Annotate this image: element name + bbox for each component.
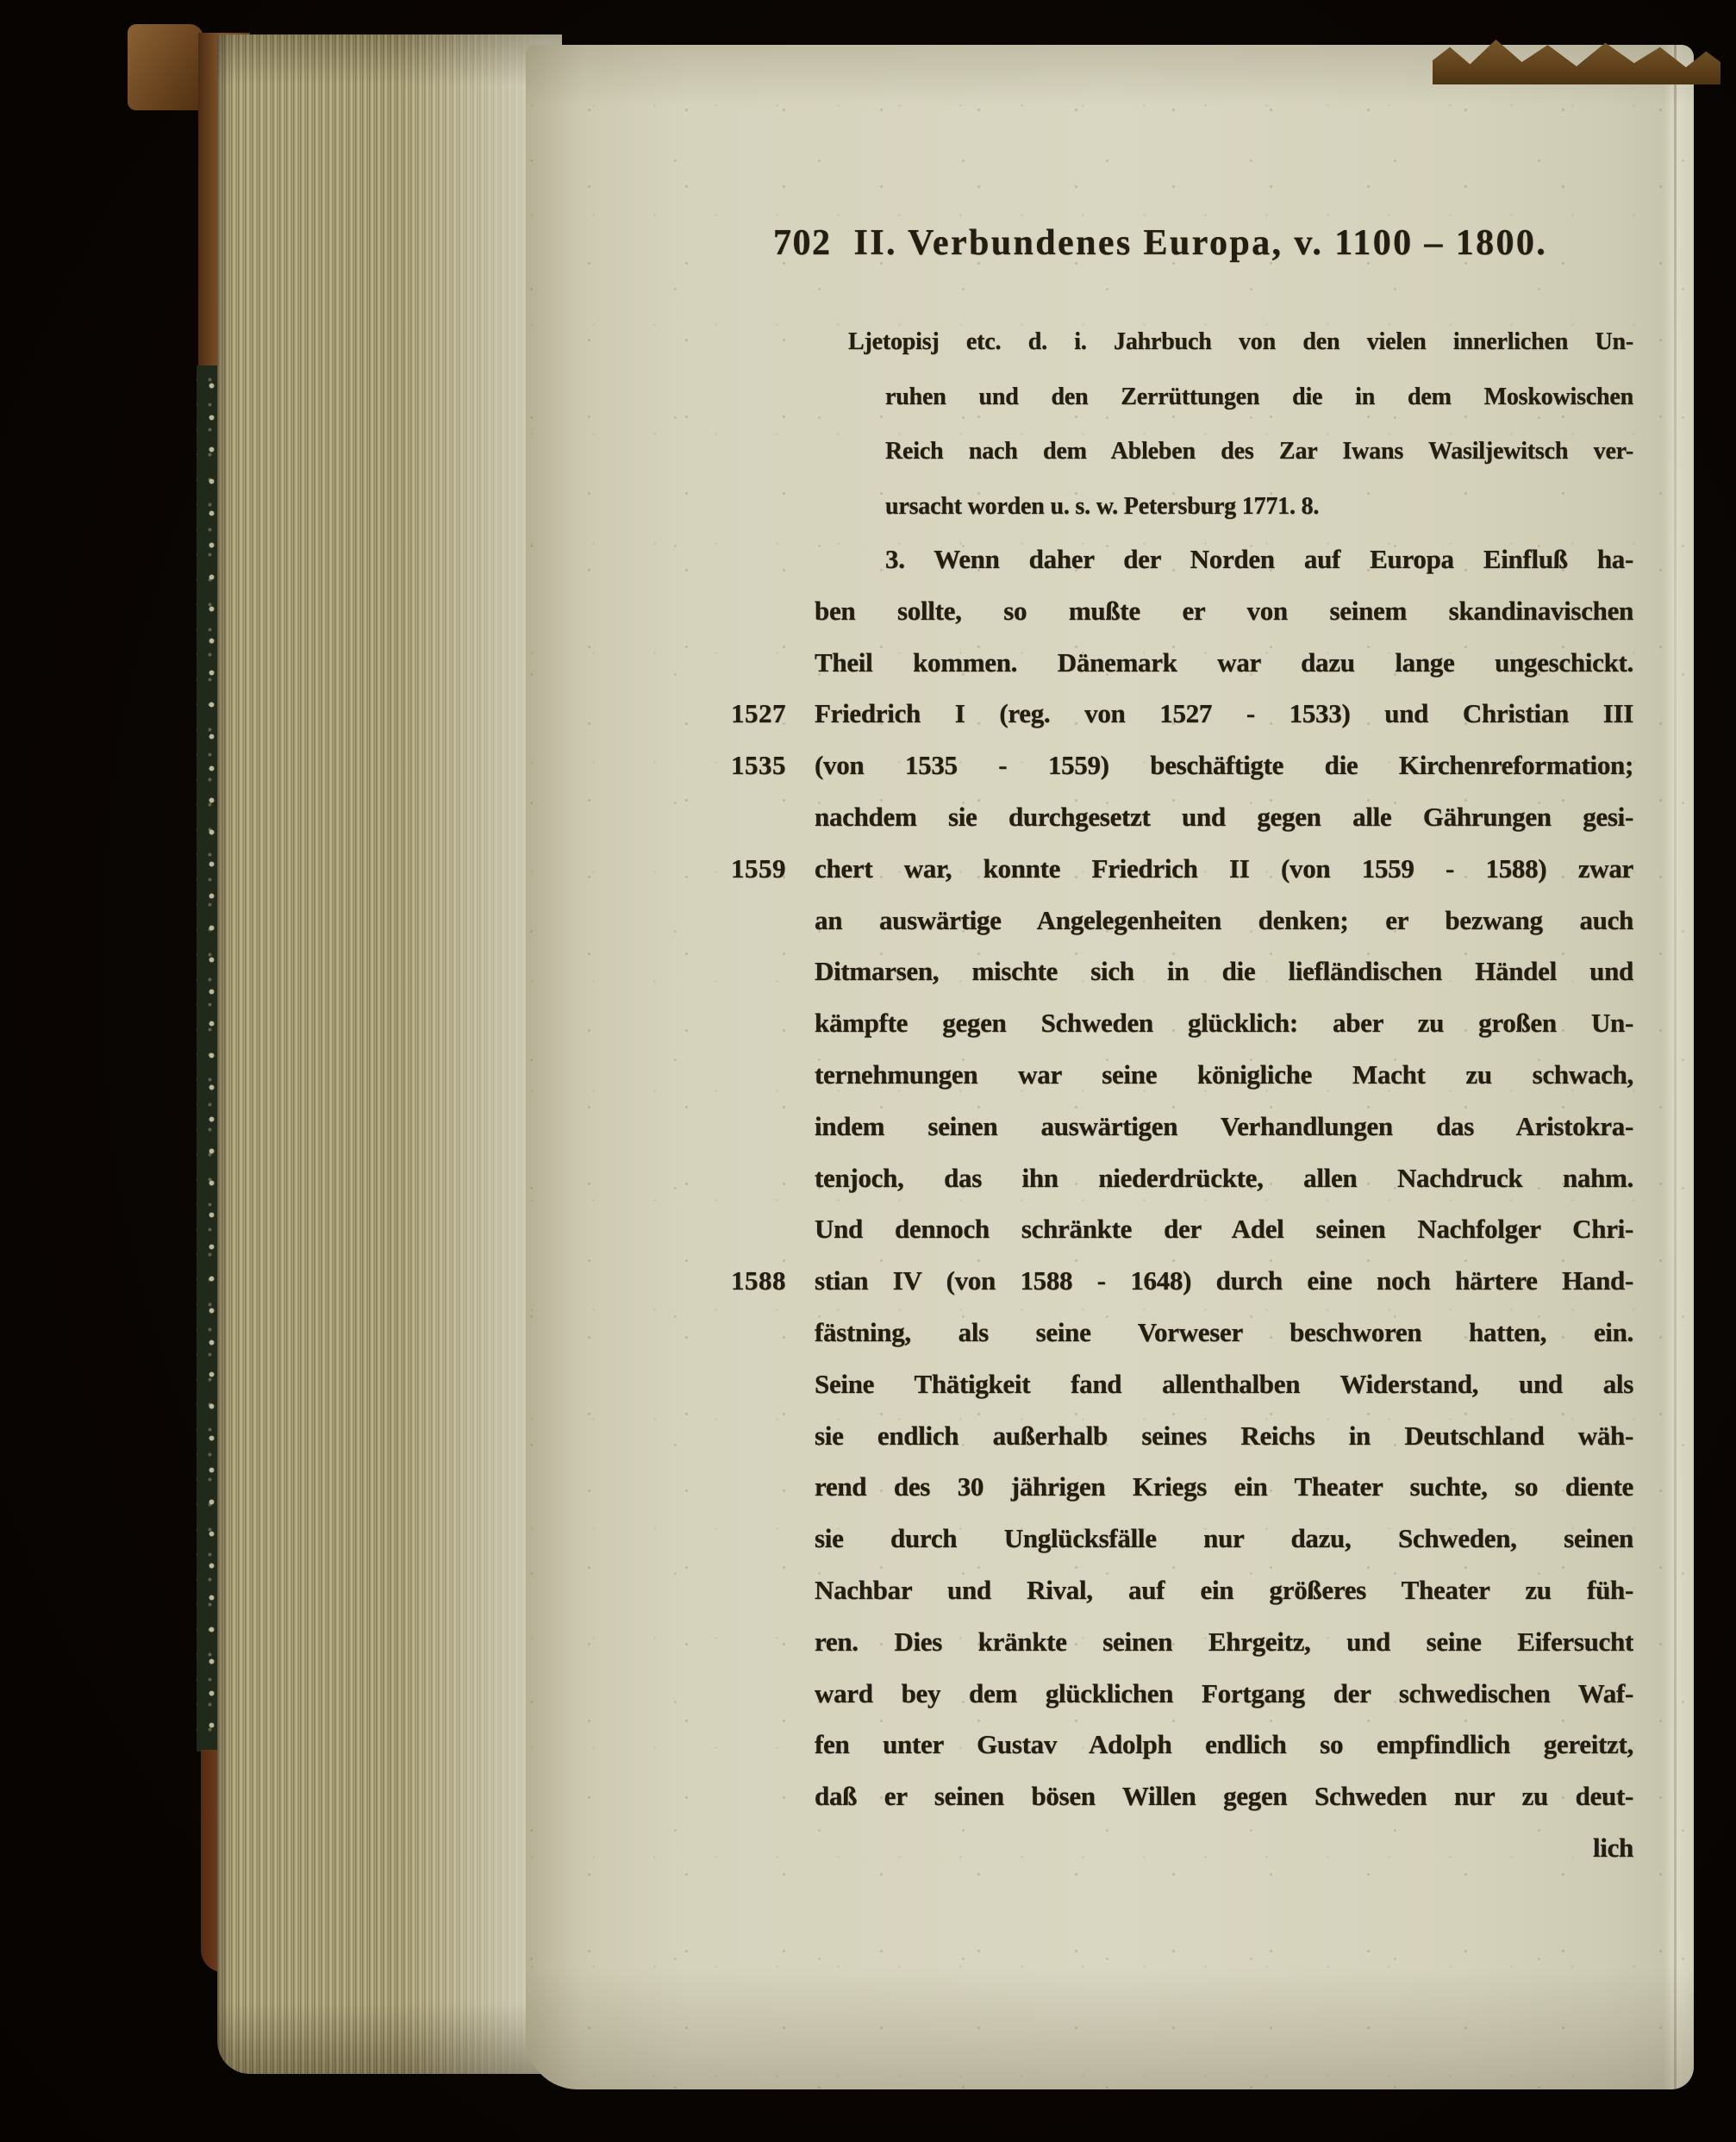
- text-line: nachdem sie durchgesetzt und gegen alle …: [815, 799, 1633, 851]
- catchword-line: lich: [815, 1830, 1633, 1882]
- text-line: kämpfte gegen Schweden glücklich: aber z…: [815, 1005, 1633, 1057]
- text-line: ben sollte, so mußte er von seinem skand…: [815, 593, 1633, 645]
- text-line-content: ren. Dies kränkte seinen Ehrgeitz, und s…: [815, 1624, 1633, 1660]
- text-line-content: Und dennoch schränkte der Adel seinen Na…: [815, 1211, 1633, 1247]
- text-line: daß er seinen bösen Willen gegen Schwede…: [815, 1778, 1633, 1830]
- text-line: 1535(von 1535 - 1559) beschäftigte die K…: [815, 747, 1633, 799]
- text-line: sie endlich außerhalb seines Reichs in D…: [815, 1418, 1633, 1470]
- text-line-content: Friedrich I (reg. von 1527 - 1533) und C…: [815, 696, 1633, 732]
- text-line-content: Ditmarsen, mischte sich in die liefländi…: [815, 953, 1633, 990]
- text-line-content: daß er seinen bösen Willen gegen Schwede…: [815, 1778, 1633, 1814]
- text-line: 1559chert war, konnte Friedrich II (von …: [815, 851, 1633, 902]
- text-line-content: nachdem sie durchgesetzt und gegen alle …: [815, 799, 1633, 835]
- text-line: 1588stian IV (von 1588 - 1648) durch ein…: [815, 1263, 1633, 1315]
- text-line-content: stian IV (von 1588 - 1648) durch eine no…: [815, 1263, 1633, 1299]
- text-line-content: chert war, konnte Friedrich II (von 1559…: [815, 851, 1633, 887]
- text-line: indem seinen auswärtigen Verhandlungen d…: [815, 1108, 1633, 1160]
- text-line-content: tenjoch, das ihn niederdrückte, allen Na…: [815, 1160, 1633, 1196]
- text-line-content: ward bey dem glücklichen Fortgang der sc…: [815, 1676, 1633, 1712]
- text-line: ren. Dies kränkte seinen Ehrgeitz, und s…: [815, 1624, 1633, 1676]
- text-line: fästning, als seine Vorweser beschworen …: [815, 1315, 1633, 1366]
- text-line-content: 3. Wenn daher der Norden auf Europa Einf…: [885, 541, 1633, 578]
- margin-year: 1588: [731, 1263, 812, 1299]
- note-line: Reich nach dem Ableben des Zar Iwans Was…: [885, 435, 1633, 490]
- photograph-background: 702 II. Verbundenes Europa, v. 1100 – 18…: [0, 0, 1736, 2142]
- margin-year: 1527: [731, 696, 812, 732]
- running-header: 702 II. Verbundenes Europa, v. 1100 – 18…: [773, 222, 1547, 264]
- text-line-content: sie endlich außerhalb seines Reichs in D…: [815, 1418, 1633, 1454]
- text-line-content: ben sollte, so mußte er von seinem skand…: [815, 593, 1633, 629]
- text-line-content: ternehmungen war seine königliche Macht …: [815, 1057, 1633, 1093]
- text-line-content: an auswärtige Angelegenheiten denken; er…: [815, 902, 1633, 939]
- text-line: rend des 30 jährigen Kriegs ein Theater …: [815, 1469, 1633, 1521]
- spine-top-leather: [128, 24, 203, 110]
- margin-year: 1559: [731, 851, 812, 887]
- page-number: 702: [773, 222, 832, 264]
- text-line: ternehmungen war seine königliche Macht …: [815, 1057, 1633, 1108]
- page-crease: [1674, 45, 1677, 2089]
- text-line: 3. Wenn daher der Norden auf Europa Einf…: [815, 541, 1633, 593]
- text-line-content: fen unter Gustav Adolph endlich so empfi…: [815, 1727, 1633, 1763]
- text-line-content: rend des 30 jährigen Kriegs ein Theater …: [815, 1469, 1633, 1505]
- text-line-content: fästning, als seine Vorweser beschworen …: [815, 1315, 1633, 1351]
- text-line-content: (von 1535 - 1559) beschäftigte die Kirch…: [815, 747, 1633, 784]
- text-line: fen unter Gustav Adolph endlich so empfi…: [815, 1727, 1633, 1778]
- text-line-content: sie durch Unglücksfälle nur dazu, Schwed…: [815, 1521, 1633, 1557]
- text-line-content: Theil kommen. Dänemark war dazu lange un…: [815, 645, 1633, 681]
- text-line: Theil kommen. Dänemark war dazu lange un…: [815, 645, 1633, 696]
- note-line: Ljetopisj etc. d. i. Jahrbuch von den vi…: [848, 326, 1633, 381]
- bibliographic-note: Ljetopisj etc. d. i. Jahrbuch von den vi…: [885, 326, 1633, 545]
- text-line: sie durch Unglücksfälle nur dazu, Schwed…: [815, 1521, 1633, 1572]
- text-line-content: kämpfte gegen Schweden glücklich: aber z…: [815, 1005, 1633, 1041]
- text-line: ward bey dem glücklichen Fortgang der sc…: [815, 1676, 1633, 1727]
- margin-year: 1535: [731, 747, 812, 784]
- text-line-content: Seine Thätigkeit fand allenthalben Wider…: [815, 1366, 1633, 1402]
- book-page: 702 II. Verbundenes Europa, v. 1100 – 18…: [526, 45, 1694, 2089]
- text-line-content: Nachbar und Rival, auf ein größeres Thea…: [815, 1572, 1633, 1608]
- stacked-page-edges: [217, 34, 562, 2074]
- text-line: 1527Friedrich I (reg. von 1527 - 1533) u…: [815, 696, 1633, 747]
- text-line: Und dennoch schränkte der Adel seinen Na…: [815, 1211, 1633, 1263]
- note-line: ruhen und den Zerrüttungen die in dem Mo…: [885, 381, 1633, 436]
- note-line: ursacht worden u. s. w. Petersburg 1771.…: [885, 490, 1633, 546]
- catchword: lich: [815, 1830, 1633, 1866]
- text-line: Nachbar und Rival, auf ein größeres Thea…: [815, 1572, 1633, 1624]
- text-line: Seine Thätigkeit fand allenthalben Wider…: [815, 1366, 1633, 1418]
- text-line: an auswärtige Angelegenheiten denken; er…: [815, 902, 1633, 954]
- text-line: tenjoch, das ihn niederdrückte, allen Na…: [815, 1160, 1633, 1212]
- text-line: Ditmarsen, mischte sich in die liefländi…: [815, 953, 1633, 1005]
- text-line-content: indem seinen auswärtigen Verhandlungen d…: [815, 1108, 1633, 1145]
- main-text-block: 3. Wenn daher der Norden auf Europa Einf…: [815, 541, 1633, 1882]
- running-title: II. Verbundenes Europa, v. 1100 – 1800.: [854, 222, 1548, 264]
